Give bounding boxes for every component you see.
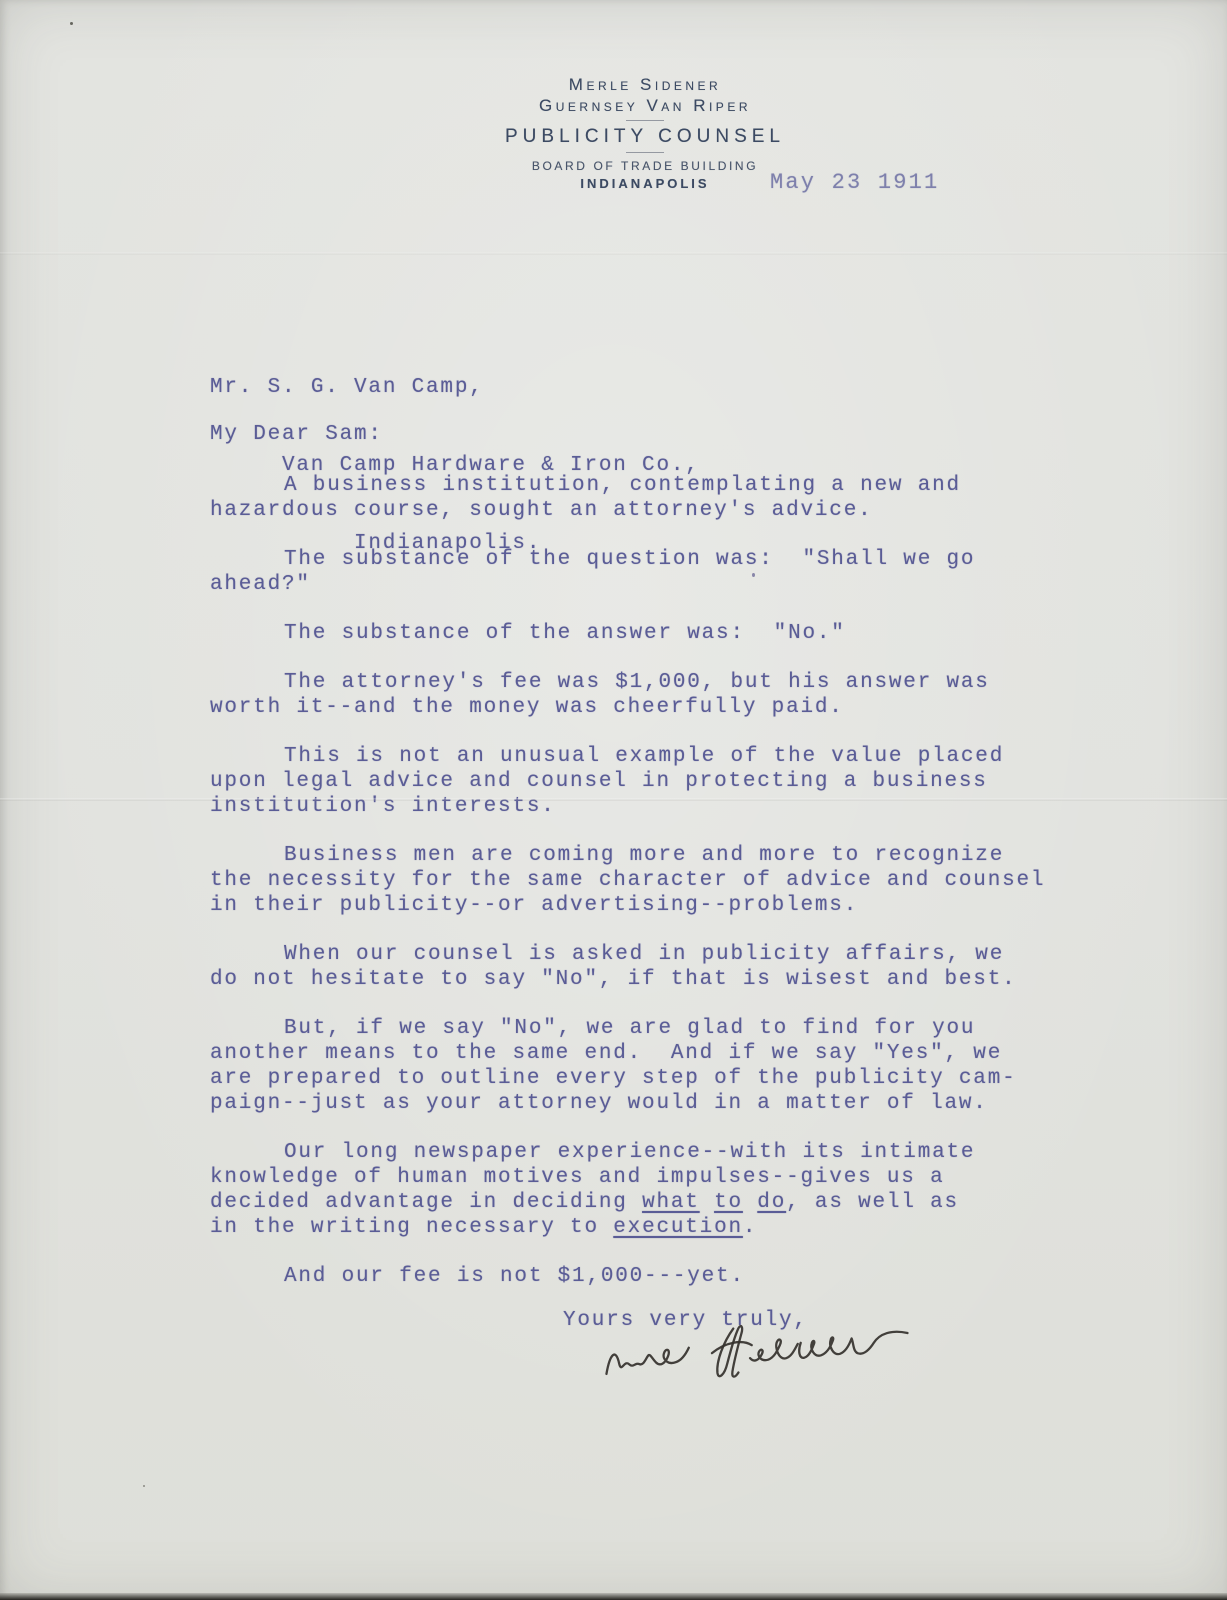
paragraph: The substance of the answer was: "No." (210, 621, 1045, 646)
body-line: another means to the same end. And if we… (210, 1041, 1045, 1066)
paragraph: When our counsel is asked in publicity a… (210, 942, 1045, 992)
paragraph: Business men are coming more and more to… (210, 843, 1045, 918)
body-line: the necessity for the same character of … (210, 868, 1045, 893)
paper-speck (143, 1485, 145, 1487)
recipient-line: Mr. S. G. Van Camp, (210, 375, 700, 401)
paragraph: The substance of the question was: "Shal… (210, 547, 1045, 597)
underlined-text: what (642, 1191, 700, 1214)
paragraph: But, if we say "No", we are glad to find… (210, 1016, 1045, 1116)
underlined-text: to (714, 1191, 743, 1214)
letterhead-name-2: Guernsey Van Riper (505, 95, 785, 116)
underlined-text: execution (613, 1216, 743, 1239)
body-line: Our long newspaper experience--with its … (210, 1140, 1045, 1165)
underlined-text: do (757, 1191, 786, 1214)
paragraph: A business institution, contemplating a … (210, 473, 1045, 523)
handwritten-signature (595, 1312, 917, 1398)
letter-body: A business institution, contemplating a … (210, 473, 1045, 1313)
body-line: When our counsel is asked in publicity a… (210, 942, 1045, 967)
body-line: Business men are coming more and more to… (210, 843, 1045, 868)
letterhead-city: INDIANAPOLIS (505, 176, 785, 191)
salutation: My Dear Sam: (210, 422, 383, 447)
body-line: The attorney's fee was $1,000, but his a… (210, 670, 1045, 695)
body-line: in the writing necessary to execution. (210, 1215, 1045, 1240)
body-line: worth it--and the money was cheerfully p… (210, 695, 1045, 720)
paper-speck (70, 22, 73, 25)
body-line: decided advantage in deciding what to do… (210, 1190, 1045, 1215)
letterhead-name-1: Merle Sidener (505, 74, 785, 95)
letterhead-title: PUBLICITY COUNSEL (505, 125, 785, 148)
paper-fold-crease (0, 252, 1227, 255)
body-line: knowledge of human motives and impulses-… (210, 1165, 1045, 1190)
body-line: do not hesitate to say "No", if that is … (210, 967, 1045, 992)
body-line: are prepared to outline every step of th… (210, 1066, 1045, 1091)
body-line: ahead?" (210, 572, 1045, 597)
body-line: institution's interests. (210, 794, 1045, 819)
body-line: The substance of the answer was: "No." (210, 621, 1045, 646)
letterhead-building: BOARD OF TRADE BUILDING (505, 159, 785, 174)
scan-bottom-edge (0, 1593, 1227, 1600)
paragraph: Our long newspaper experience--with its … (210, 1140, 1045, 1240)
body-line: But, if we say "No", we are glad to find… (210, 1016, 1045, 1041)
paragraph: And our fee is not $1,000---yet. (210, 1264, 1045, 1289)
body-line: The substance of the question was: "Shal… (210, 547, 1045, 572)
body-line: A business institution, contemplating a … (210, 473, 1045, 498)
paragraph: The attorney's fee was $1,000, but his a… (210, 670, 1045, 720)
letterhead-divider (626, 120, 664, 121)
body-line: paign--just as your attorney would in a … (210, 1091, 1045, 1116)
letter-date: May 23 1911 (770, 170, 939, 195)
paper-speck (752, 573, 755, 577)
body-line: hazardous course, sought an attorney's a… (210, 498, 1045, 523)
paragraph: This is not an unusual example of the va… (210, 744, 1045, 819)
body-line: upon legal advice and counsel in protect… (210, 769, 1045, 794)
letterhead-divider (626, 152, 664, 153)
body-line: And our fee is not $1,000---yet. (210, 1264, 1045, 1289)
body-line: This is not an unusual example of the va… (210, 744, 1045, 769)
scanned-letter-page: Merle Sidener Guernsey Van Riper PUBLICI… (0, 0, 1227, 1600)
letterhead: Merle Sidener Guernsey Van Riper PUBLICI… (505, 74, 785, 191)
body-line: in their publicity--or advertising--prob… (210, 893, 1045, 918)
